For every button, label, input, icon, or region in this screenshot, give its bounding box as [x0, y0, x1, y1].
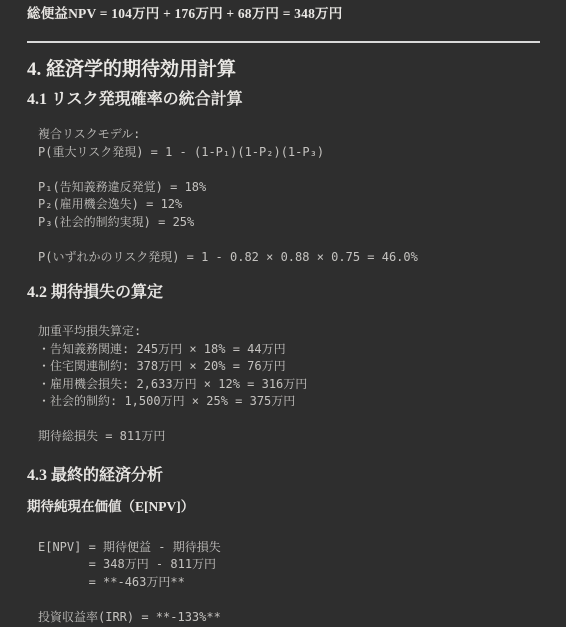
expected-loss-code-block: 加重平均損失算定: ・告知義務関連: 245万円 × 18% = 44万円 ・住…: [27, 323, 540, 446]
subsection-4-2-heading: 4.2 期待損失の算定: [27, 283, 540, 303]
document-page: 総便益NPV = 104万円 + 176万円 + 68万円 = 348万円 4.…: [0, 0, 566, 627]
final-analysis-code-block: E[NPV] = 期待便益 - 期待損失 = 348万円 - 811万円 = *…: [27, 539, 540, 627]
subsection-4-1-heading: 4.1 リスク発現確率の統合計算: [27, 90, 540, 110]
subsection-4-3-heading: 4.3 最終的経済分析: [27, 466, 540, 486]
section-divider: [27, 41, 540, 43]
section-4-heading: 4. 経済学的期待効用計算: [27, 58, 540, 81]
expected-npv-subheading: 期待純現在価値（E[NPV]）: [27, 499, 540, 515]
risk-probability-code-block: 複合リスクモデル: P(重大リスク発現) = 1 - (1-P₁)(1-P₂)(…: [27, 126, 540, 266]
npv-total-line: 総便益NPV = 104万円 + 176万円 + 68万円 = 348万円: [27, 6, 540, 22]
